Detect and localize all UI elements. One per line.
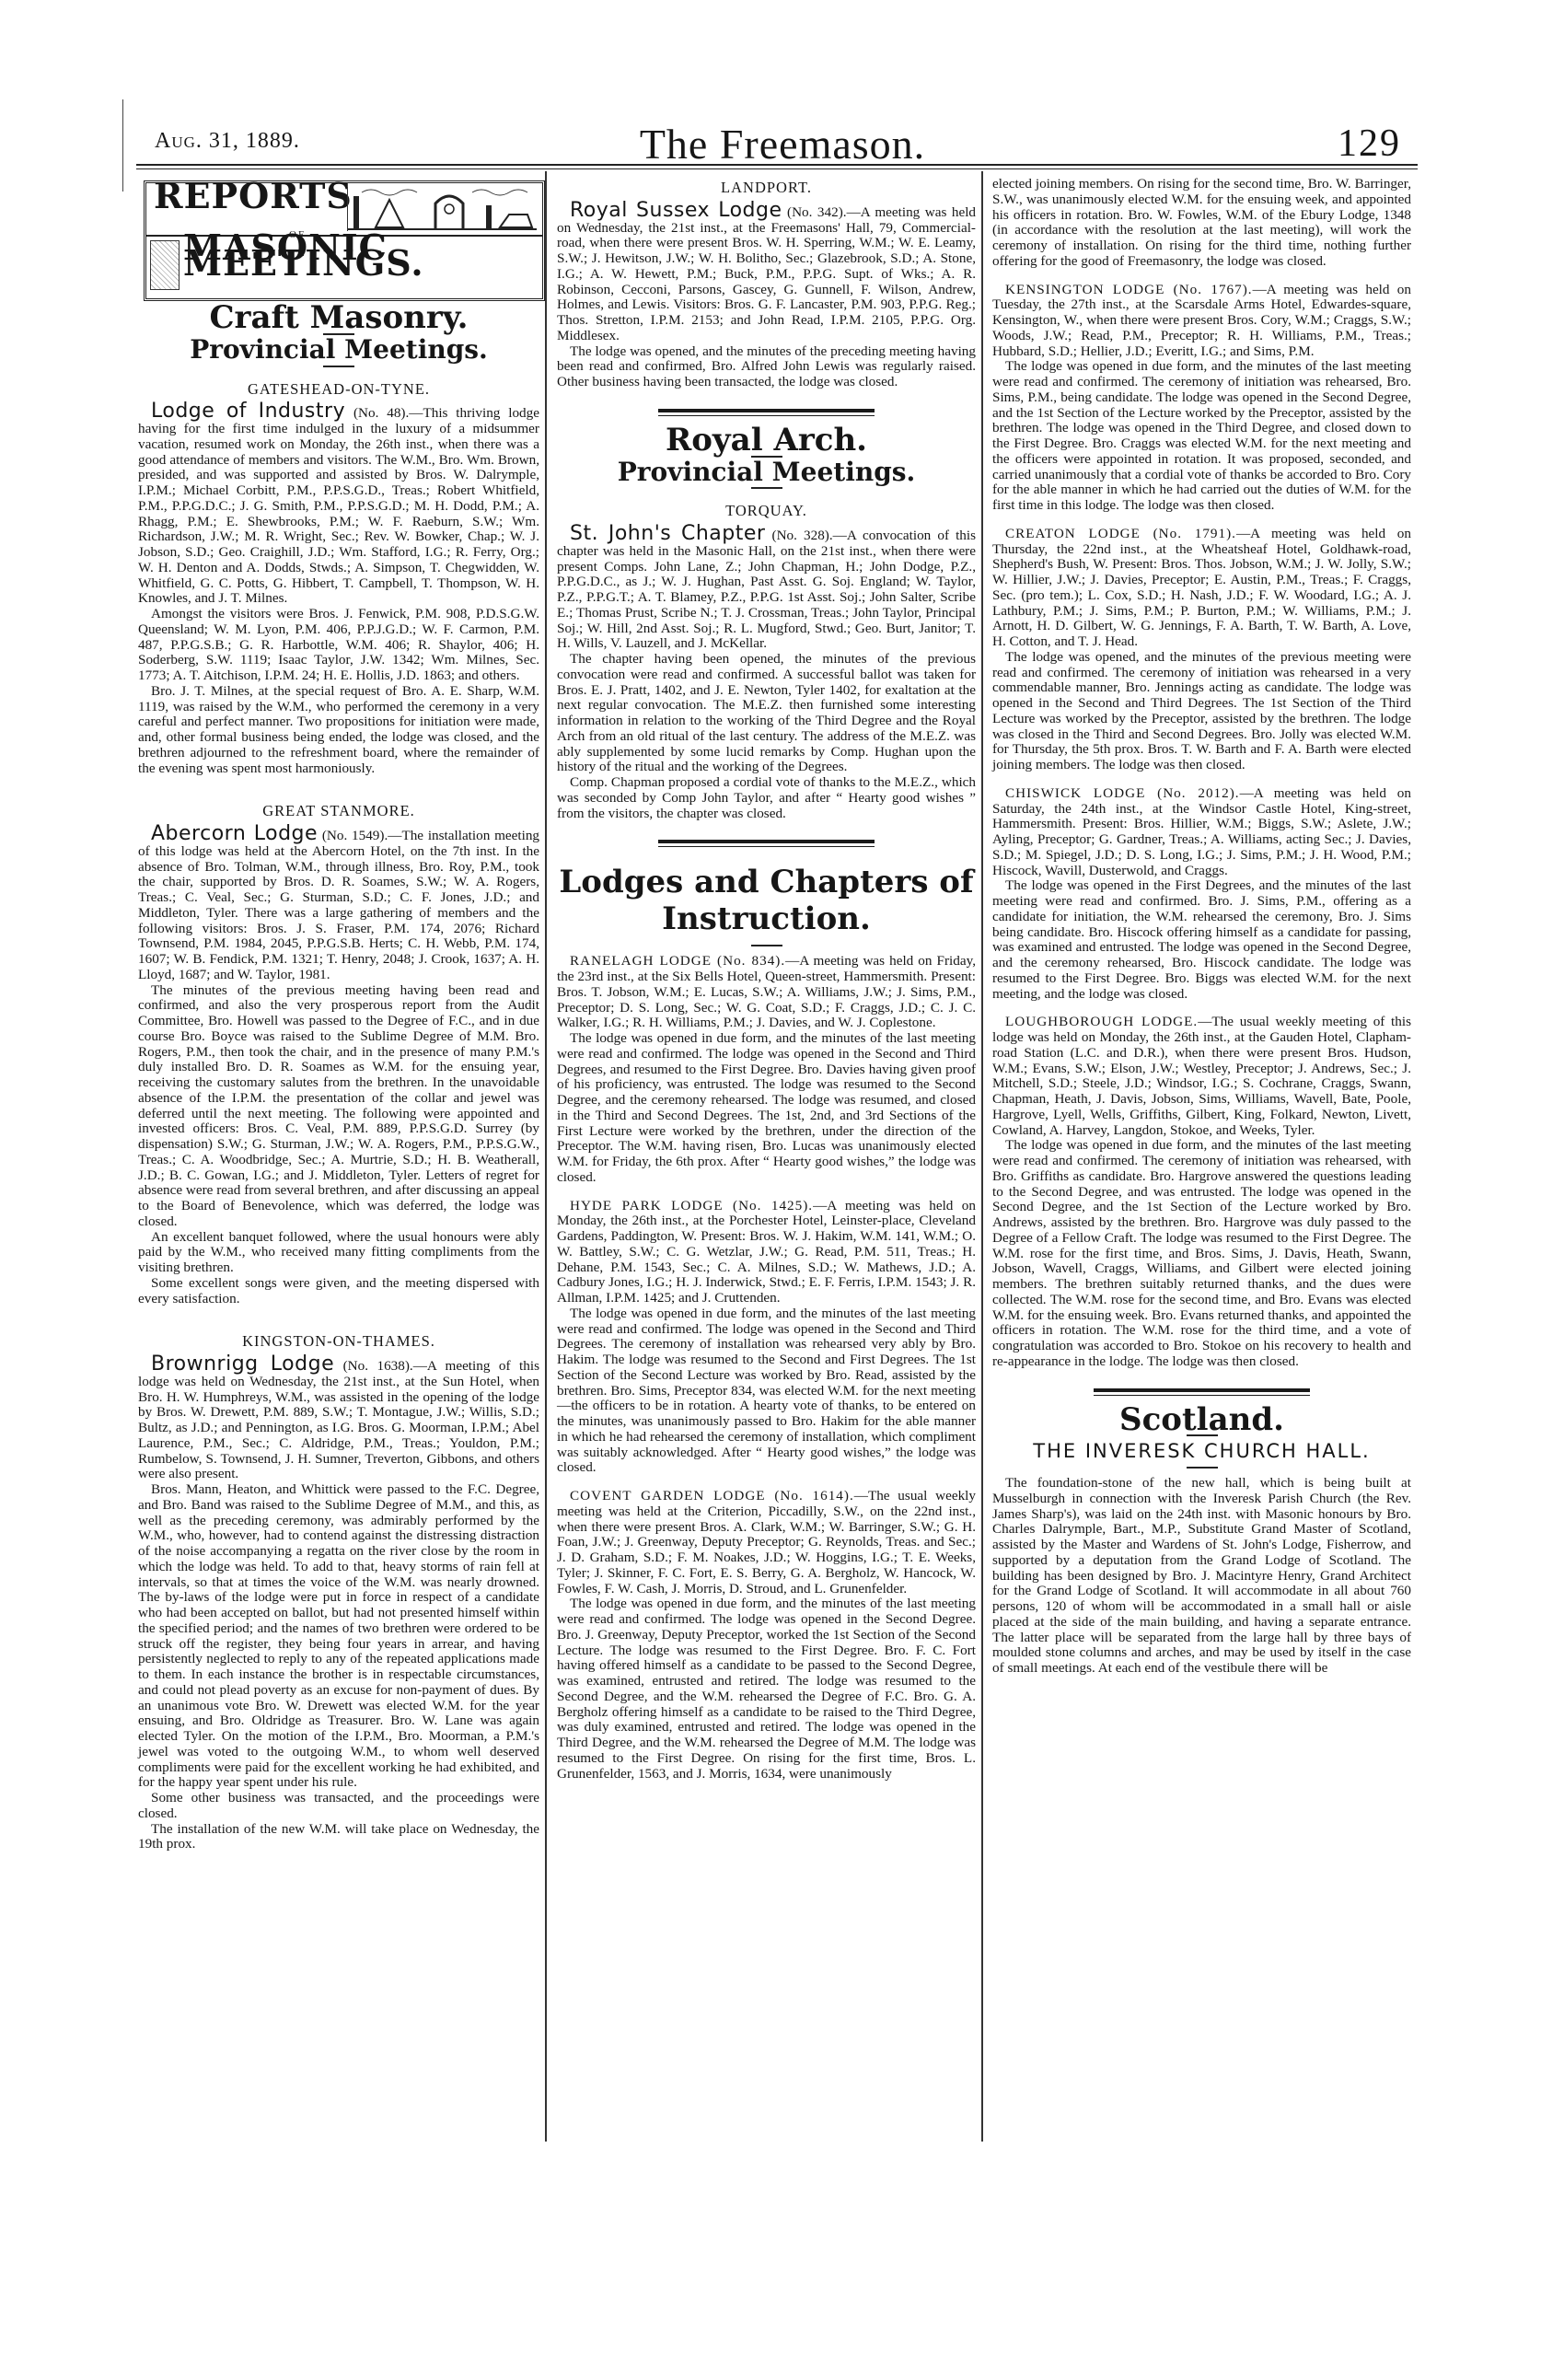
lodge-heading: LOUGHBOROUGH LODGE.: [1005, 1014, 1198, 1029]
report-paragraph: The lodge was opened in due form, and th…: [557, 1596, 976, 1782]
middle-column: LANDPORT. Royal Sussex Lodge (No. 342).—…: [557, 177, 976, 1782]
reports-of-masonic-meetings-banner: REPORTS OF MASONIC MEETINGS.: [144, 180, 545, 301]
report-paragraph: The lodge was opened in due form, and th…: [992, 359, 1411, 514]
report-paragraph: The foundation-stone of the new hall, wh…: [992, 1476, 1411, 1677]
section-title-craft-masonry: Craft Masonry.: [138, 310, 539, 326]
report-paragraph: Bro. J. T. Milnes, at the special reques…: [138, 684, 539, 777]
article-title-inveresk: THE INVERESK CHURCH HALL.: [992, 1444, 1411, 1459]
lodge-heading: KENSINGTON LODGE (No. 1767).: [1005, 282, 1253, 297]
short-rule: [323, 366, 354, 367]
left-column: REPORTS OF MASONIC MEETINGS. Craft Mason…: [138, 177, 539, 1852]
lodge-heading: CREATON LODGE (No. 1791).: [1005, 526, 1236, 541]
report-paragraph: An excellent banquet followed, where the…: [138, 1230, 539, 1276]
report-paragraph: CREATON LODGE (No. 1791).—A meeting was …: [992, 527, 1411, 650]
report-paragraph: The lodge was opened, and the minutes of…: [557, 344, 976, 390]
place-heading: GREAT STANMORE.: [138, 804, 539, 819]
report-paragraph: The lodge was opened in due form, and th…: [557, 1306, 976, 1476]
report-paragraph: COVENT GARDEN LODGE (No. 1614).—The usua…: [557, 1489, 976, 1596]
banner-masonic-meetings: MASONIC MEETINGS.: [183, 240, 542, 272]
report-paragraph: The minutes of the previous meeting havi…: [138, 983, 539, 1230]
lodge-name: Lodge of Industry: [151, 400, 345, 423]
right-column: elected joining members. On rising for t…: [992, 177, 1411, 1677]
lodge-heading: RANELAGH LODGE (No. 834).: [570, 953, 785, 969]
short-rule: [751, 487, 782, 489]
report-paragraph: Some excellent songs were given, and the…: [138, 1276, 539, 1307]
report-paragraph: Some other business was transacted, and …: [138, 1791, 539, 1822]
report-paragraph: The lodge was opened in due form, and th…: [992, 1138, 1411, 1369]
lodge-name: Brownrigg Lodge: [151, 1353, 334, 1376]
subsection-title-provincial: Provincial Meetings.: [138, 342, 539, 358]
report-paragraph: The chapter having been opened, the minu…: [557, 652, 976, 775]
report-paragraph: CHISWICK LODGE (No. 2012).—A meeting was…: [992, 786, 1411, 879]
masonic-emblem-icon: [347, 187, 537, 231]
lodge-heading: HYDE PARK LODGE (No. 1425).: [570, 1198, 813, 1213]
lodge-name: Royal Sussex Lodge: [570, 199, 782, 222]
place-heading: LANDPORT.: [557, 180, 976, 196]
report-paragraph: The lodge was opened in due form, and th…: [557, 1031, 976, 1186]
column-divider-1: [545, 171, 547, 2142]
chapter-name: St. John's Chapter: [570, 522, 765, 545]
banner-corner-ornament-icon: [150, 240, 180, 290]
report-paragraph: Lodge of Industry (No. 48).—This thrivin…: [138, 404, 539, 607]
section-divider: [658, 840, 875, 847]
banner-reports: REPORTS: [154, 189, 353, 204]
column-divider-2: [981, 171, 983, 2142]
place-heading: KINGSTON-ON-THAMES.: [138, 1334, 539, 1350]
report-paragraph: Comp. Chapman proposed a cordial vote of…: [557, 775, 976, 821]
report-paragraph: Abercorn Lodge (No. 1549).—The installat…: [138, 827, 539, 983]
report-paragraph: HYDE PARK LODGE (No. 1425).—A meeting wa…: [557, 1199, 976, 1306]
short-rule: [751, 945, 782, 946]
report-paragraph: Royal Sussex Lodge (No. 342).—A meeting …: [557, 203, 976, 344]
lodge-heading: COVENT GARDEN LODGE (No. 1614).: [570, 1488, 854, 1503]
section-title-royal-arch: Royal Arch.: [557, 433, 976, 448]
report-paragraph: elected joining members. On rising for t…: [992, 177, 1411, 270]
header-rule: [136, 164, 1418, 166]
section-title-lodges-of-instruction: Lodges and Chapters of Instruction.: [557, 864, 976, 937]
section-divider: [658, 409, 875, 416]
report-paragraph: The lodge was opened in the First Degree…: [992, 878, 1411, 1002]
subsection-title-provincial: Provincial Meetings.: [557, 465, 976, 481]
header-rule-thin: [136, 168, 1418, 169]
report-paragraph: St. John's Chapter (No. 328).—A convocat…: [557, 527, 976, 652]
lodge-name: Abercorn Lodge: [151, 822, 318, 845]
report-paragraph: Bros. Mann, Heaton, and Whittick were pa…: [138, 1482, 539, 1791]
masthead: Aug. 31, 1889. The Freemason. 129: [147, 109, 1418, 168]
place-heading: GATESHEAD-ON-TYNE.: [138, 382, 539, 398]
report-paragraph: The installation of the new W.M. will ta…: [138, 1822, 539, 1853]
report-paragraph: The lodge was opened, and the minutes of…: [992, 650, 1411, 773]
publication-title: The Freemason.: [147, 120, 1418, 168]
newspaper-page: Aug. 31, 1889. The Freemason. 129 REPORT…: [0, 0, 1564, 2380]
short-rule: [1187, 1467, 1218, 1469]
report-paragraph: RANELAGH LODGE (No. 834).—A meeting was …: [557, 954, 976, 1031]
lodge-heading: CHISWICK LODGE (No. 2012).: [1005, 785, 1240, 801]
section-title-scotland: Scotland.: [992, 1412, 1411, 1428]
page-edge-line: [122, 99, 123, 192]
page-number: 129: [1338, 122, 1401, 166]
report-paragraph: Brownrigg Lodge (No. 1638).—A meeting of…: [138, 1357, 539, 1482]
report-paragraph: Amongst the visitors were Bros. J. Fenwi…: [138, 607, 539, 684]
report-paragraph: LOUGHBOROUGH LODGE.—The usual weekly mee…: [992, 1015, 1411, 1138]
section-divider: [1094, 1388, 1310, 1396]
place-heading: TORQUAY.: [557, 504, 976, 519]
report-paragraph: KENSINGTON LODGE (No. 1767).—A meeting w…: [992, 283, 1411, 360]
